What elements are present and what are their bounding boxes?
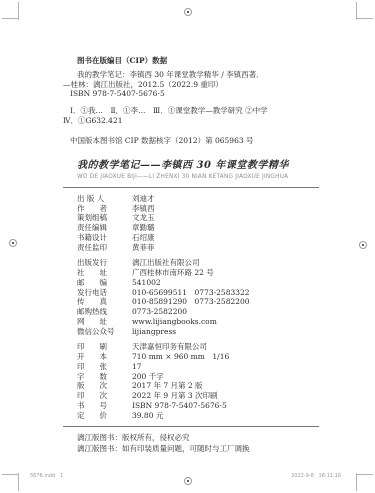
publisher-row: 社 址 广西桂林市南环路 22 号 [63,268,319,278]
publisher-field-label: 网 址 [77,317,132,327]
printing-row: 开 本 710 mm × 960 mm 1/16 [63,352,319,362]
crop-mark-bottom-right-h [357,474,373,475]
printing-field-value: 39.80 元 [132,411,163,421]
printing-field-value: 2022 年 9 月第 3 次印刷 [132,391,218,401]
staff-role-label: 责任编辑 [77,223,132,233]
registration-mark-bottom-center [184,477,192,485]
staff-name: 石绍康 [132,233,155,243]
staff-row: 策划组稿 文龙玉 [63,213,319,223]
printing-row: 印 刷 天津嘉恒印务有限公司 [63,342,319,352]
book-copyright-page: 图书在版编目（CIP）数据 我的教学笔记：李镇西 30 年课堂教学精华 / 李镇… [0,0,375,493]
crop-mark-bottom-right-v [356,473,357,491]
cip-classification-line: Ⅰ．①我… Ⅱ．①李… Ⅲ．①课堂教学—教学研究 ②中学 [63,106,319,116]
staff-role-label: 责任监印 [77,243,132,253]
crop-mark-top-left-v [18,2,19,20]
publisher-row: 微信公众号 lijiangpress [63,327,319,337]
staff-name: 李镇西 [132,204,155,214]
staff-role-label: 出 版 人 [77,194,132,204]
crop-mark-bottom-left-v [18,473,19,491]
staff-row: 书籍设计 石绍康 [63,233,319,243]
printing-field-value: 17 [132,362,142,372]
legal-notice-line: 漓江版图书：如有印装质量问题，可随时与工厂调换 [77,444,319,455]
legal-notices: 漓江版图书：版权所有，侵权必究 漓江版图书：如有印装质量问题，可随时与工厂调换 [63,433,319,455]
cip-header: 图书在版编目（CIP）数据 [63,56,319,66]
staff-row: 责任编辑 章勤璐 [63,223,319,233]
printing-row: 印 次 2022 年 9 月第 3 次印刷 [63,391,319,401]
crop-mark-top-right-h [357,18,373,19]
printing-field-value: 2017 年 7 月第 2 版 [132,381,203,391]
printing-field-value: 天津嘉恒印务有限公司 [132,342,207,352]
staff-role-label: 作 者 [77,204,132,214]
printing-field-label: 印 刷 [77,342,132,352]
publisher-field-label: 邮购热线 [77,307,132,317]
printing-field-value: ISBN 978-7-5407-5676-5 [132,401,227,411]
cip-description-line: ISBN 978-7-5407-5676-5 [63,89,319,99]
printing-field-value: 200 千字 [132,372,164,382]
publisher-field-value: 漓江出版社有限公司 [132,258,200,268]
publisher-field-value: 010-85891290 0773-2582200 [132,297,250,307]
printing-field-label: 印 次 [77,391,132,401]
divider-rule-bottom [63,426,319,427]
publisher-field-value: 010-65699511 0773-2583322 [132,288,250,298]
publisher-field-value: lijiangpress [132,327,176,337]
cip-classification-line: Ⅳ．①G632.421 [63,116,319,126]
registration-mark-right-middle [359,241,367,249]
copyright-content: 图书在版编目（CIP）数据 我的教学笔记：李镇西 30 年课堂教学精华 / 李镇… [63,56,319,455]
printing-row: 版 次 2017 年 7 月第 2 版 [63,381,319,391]
divider-rule-top [63,187,319,188]
proof-file-name: 5676.indd 1 [30,473,63,479]
book-title-pinyin: WO DE JIAOXUE BIJI——LI ZHENXI 30 NIAN KE… [77,174,319,182]
publisher-field-label: 微信公众号 [77,327,132,337]
staff-row: 责任监印 黄菲菲 [63,243,319,253]
staff-role-label: 书籍设计 [77,233,132,243]
registration-mark-top-center [184,8,192,16]
publisher-field-label: 邮 编 [77,278,132,288]
cip-description-line: 我的教学笔记：李镇西 30 年课堂教学精华 / 李镇西著． [63,70,319,80]
publisher-list: 出版发行 漓江出版社有限公司 社 址 广西桂林市南环路 22 号 邮 编 541… [63,258,319,336]
printing-field-label: 版 次 [77,381,132,391]
publisher-row: 邮 编 541002 [63,278,319,288]
staff-name: 黄菲菲 [132,243,155,253]
book-title: 我的教学笔记——李镇西 30 年课堂教学精华 [77,159,319,172]
printing-field-label: 字 数 [77,372,132,382]
staff-name: 刘迪才 [132,194,155,204]
staff-name: 文龙玉 [132,213,155,223]
printing-row: 书 号 ISBN 978-7-5407-5676-5 [63,401,319,411]
publisher-row: 传 真 010-85891290 0773-2582200 [63,297,319,307]
publisher-row: 出版发行 漓江出版社有限公司 [63,258,319,268]
registration-mark-left-middle [9,239,17,247]
publisher-row: 邮购热线 0773-2582200 [63,307,319,317]
publisher-field-label: 出版发行 [77,258,132,268]
printing-field-label: 定 价 [77,411,132,421]
staff-row: 作 者 李镇西 [63,204,319,214]
crop-mark-top-left-h [2,18,18,19]
publisher-field-value: 0773-2582200 [132,307,187,317]
cip-record-number: 中国版本图书馆 CIP 数据核字（2012）第 065963 号 [63,136,319,146]
cip-classification: Ⅰ．①我… Ⅱ．①李… Ⅲ．①课堂教学—教学研究 ②中学 Ⅳ．①G632.421 [63,106,319,126]
printing-list: 印 刷 天津嘉恒印务有限公司 开 本 710 mm × 960 mm 1/16 … [63,342,319,420]
publisher-field-value: www.lijiangbooks.com [132,317,217,327]
publisher-field-label: 社 址 [77,268,132,278]
cip-description-line: —桂林：漓江出版社，2012.5（2022.9 重印） [63,80,319,90]
staff-name: 章勤璐 [132,223,155,233]
publisher-row: 发行电话 010-65699511 0773-2583322 [63,288,319,298]
printing-field-value: 710 mm × 960 mm 1/16 [132,352,229,362]
printing-row: 字 数 200 千字 [63,372,319,382]
publisher-row: 网 址 www.lijiangbooks.com [63,317,319,327]
publisher-field-label: 发行电话 [77,288,132,298]
staff-role-label: 策划组稿 [77,213,132,223]
staff-row: 出 版 人 刘迪才 [63,194,319,204]
proof-timestamp: 2022-9-8 16:11:16 [291,473,341,479]
crop-mark-bottom-left-h [2,474,18,475]
publisher-field-value: 广西桂林市南环路 22 号 [132,268,214,278]
printing-field-label: 开 本 [77,352,132,362]
publisher-field-label: 传 真 [77,297,132,307]
staff-list: 出 版 人 刘迪才 作 者 李镇西 策划组稿 文龙玉 责任编辑 章勤璐 [63,194,319,253]
printing-row: 印 张 17 [63,362,319,372]
printing-field-label: 书 号 [77,401,132,411]
cip-description: 我的教学笔记：李镇西 30 年课堂教学精华 / 李镇西著． —桂林：漓江出版社，… [63,70,319,99]
title-block: 我的教学笔记——李镇西 30 年课堂教学精华 WO DE JIAOXUE BIJ… [63,159,319,182]
printing-row: 定 价 39.80 元 [63,411,319,421]
publisher-field-value: 541002 [132,278,161,288]
legal-notice-line: 漓江版图书：版权所有，侵权必究 [77,433,319,444]
printing-field-label: 印 张 [77,362,132,372]
